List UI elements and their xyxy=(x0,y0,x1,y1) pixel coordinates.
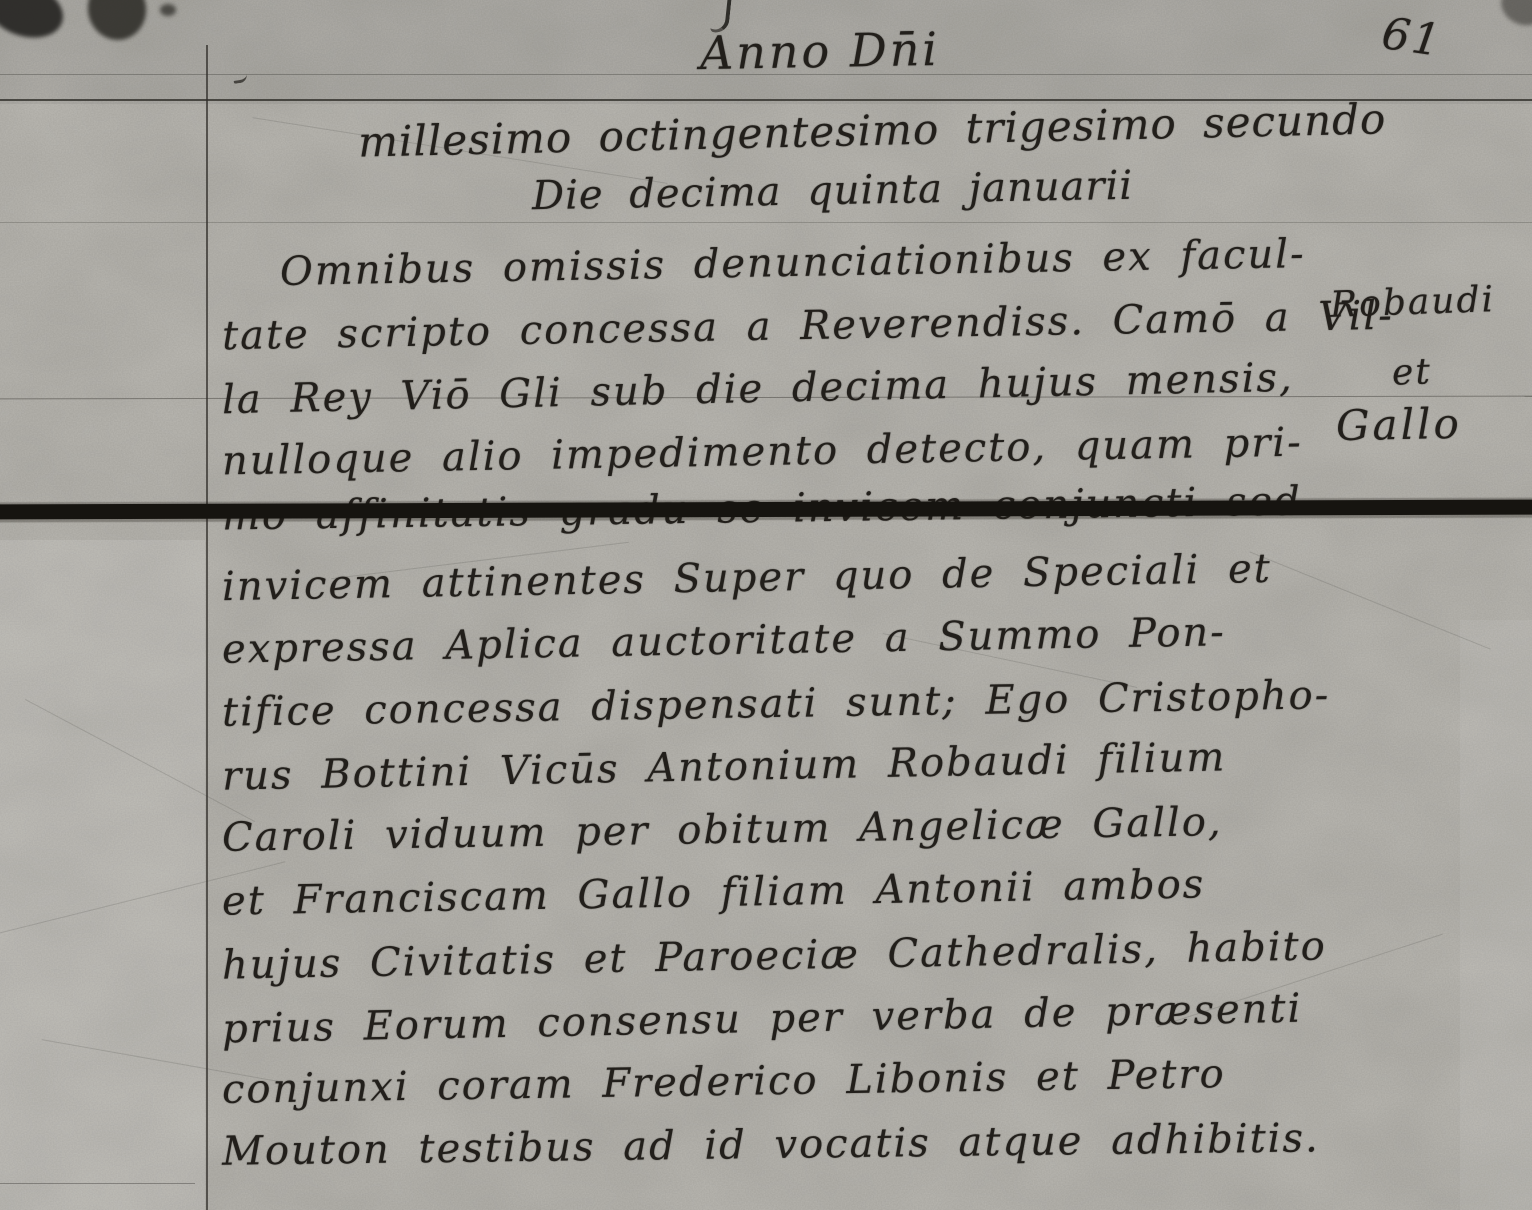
paper-texture xyxy=(0,0,1532,1210)
manuscript-line-14: conjunxi coram Frederico Libonis et Petr… xyxy=(222,1051,1226,1113)
ink-blot xyxy=(0,0,70,47)
manuscript-line-13: prius Eorum consensu per verba de præsen… xyxy=(222,986,1303,1053)
manuscript-line-9: rus Bottini Vicūs Antonium Robaudi filiu… xyxy=(222,734,1227,799)
margin-note-et: et xyxy=(1391,351,1432,393)
ink-blot xyxy=(160,4,176,16)
manuscript-line-5-obscured: mo affinitatis gradu se invicem conjunct… xyxy=(222,478,1302,539)
manuscript-line-3: la Rey Viō Gli sub die decima hujus mens… xyxy=(222,355,1294,423)
day-line: Die decima quinta januarii xyxy=(532,163,1134,219)
ink-blot xyxy=(82,0,152,45)
small-ink-mark xyxy=(232,69,248,84)
manuscript-line-8: tifice concessa dispensati sunt; Ego Cri… xyxy=(222,672,1331,735)
manuscript-line-11: et Franciscam Gallo filiam Antonii ambos xyxy=(222,861,1206,924)
manuscript-page: Anno Dn̄i 61 millesimo octingentesimo tr… xyxy=(0,0,1532,1210)
ruled-line-top-faint xyxy=(0,74,1532,75)
paper-scratch xyxy=(1249,551,1490,649)
left-margin-shading xyxy=(0,540,205,1210)
ink-blot xyxy=(1494,0,1532,33)
manuscript-line-10: Caroli viduum per obitum Angelicæ Gallo, xyxy=(222,799,1223,861)
ruled-line-faint-middle xyxy=(0,396,1532,400)
year-line: millesimo octingentesimo trigesimo secun… xyxy=(358,94,1387,166)
bleed-through-stroke xyxy=(710,0,732,34)
left-margin-rule xyxy=(206,45,208,1210)
ruled-line-top-dark xyxy=(0,99,1532,101)
manuscript-line-6: invicem attinentes Super quo de Speciali… xyxy=(222,546,1272,610)
paper-scratch xyxy=(25,699,255,822)
fold-band-artifact xyxy=(0,500,1532,520)
paper-scratch xyxy=(253,117,668,184)
margin-note-surname-1: Robaudi xyxy=(1329,279,1495,326)
paper-scratch xyxy=(42,1039,279,1082)
paper-scratch xyxy=(1157,934,1443,1028)
margin-note-surname-2: Gallo xyxy=(1336,399,1463,450)
ruled-line-bottom-left xyxy=(0,1183,195,1184)
top-shading xyxy=(0,0,1532,104)
manuscript-line-2: tate scripto concessa a Reverendiss. Cam… xyxy=(222,293,1394,359)
right-edge-shading xyxy=(1460,620,1532,1210)
manuscript-line-12: hujus Civitatis et Paroeciæ Cathedralis,… xyxy=(222,923,1327,988)
paper-scratch xyxy=(0,861,285,939)
manuscript-line-1: Omnibus omissis denunciationibus ex facu… xyxy=(280,231,1306,295)
paper-scratch xyxy=(331,542,629,580)
page-number: 61 xyxy=(1379,8,1446,67)
manuscript-line-4: nulloque alio impedimento detecto, quam … xyxy=(222,420,1303,485)
paper-scratch xyxy=(883,633,1138,688)
manuscript-line-7: expressa Aplica auctoritate a Summo Pon- xyxy=(222,609,1226,673)
page-heading: Anno Dn̄i xyxy=(700,22,941,80)
ruled-line-faint-upper xyxy=(0,222,1532,223)
manuscript-line-15: Mouton testibus ad id vocatis atque adhi… xyxy=(222,1115,1320,1174)
